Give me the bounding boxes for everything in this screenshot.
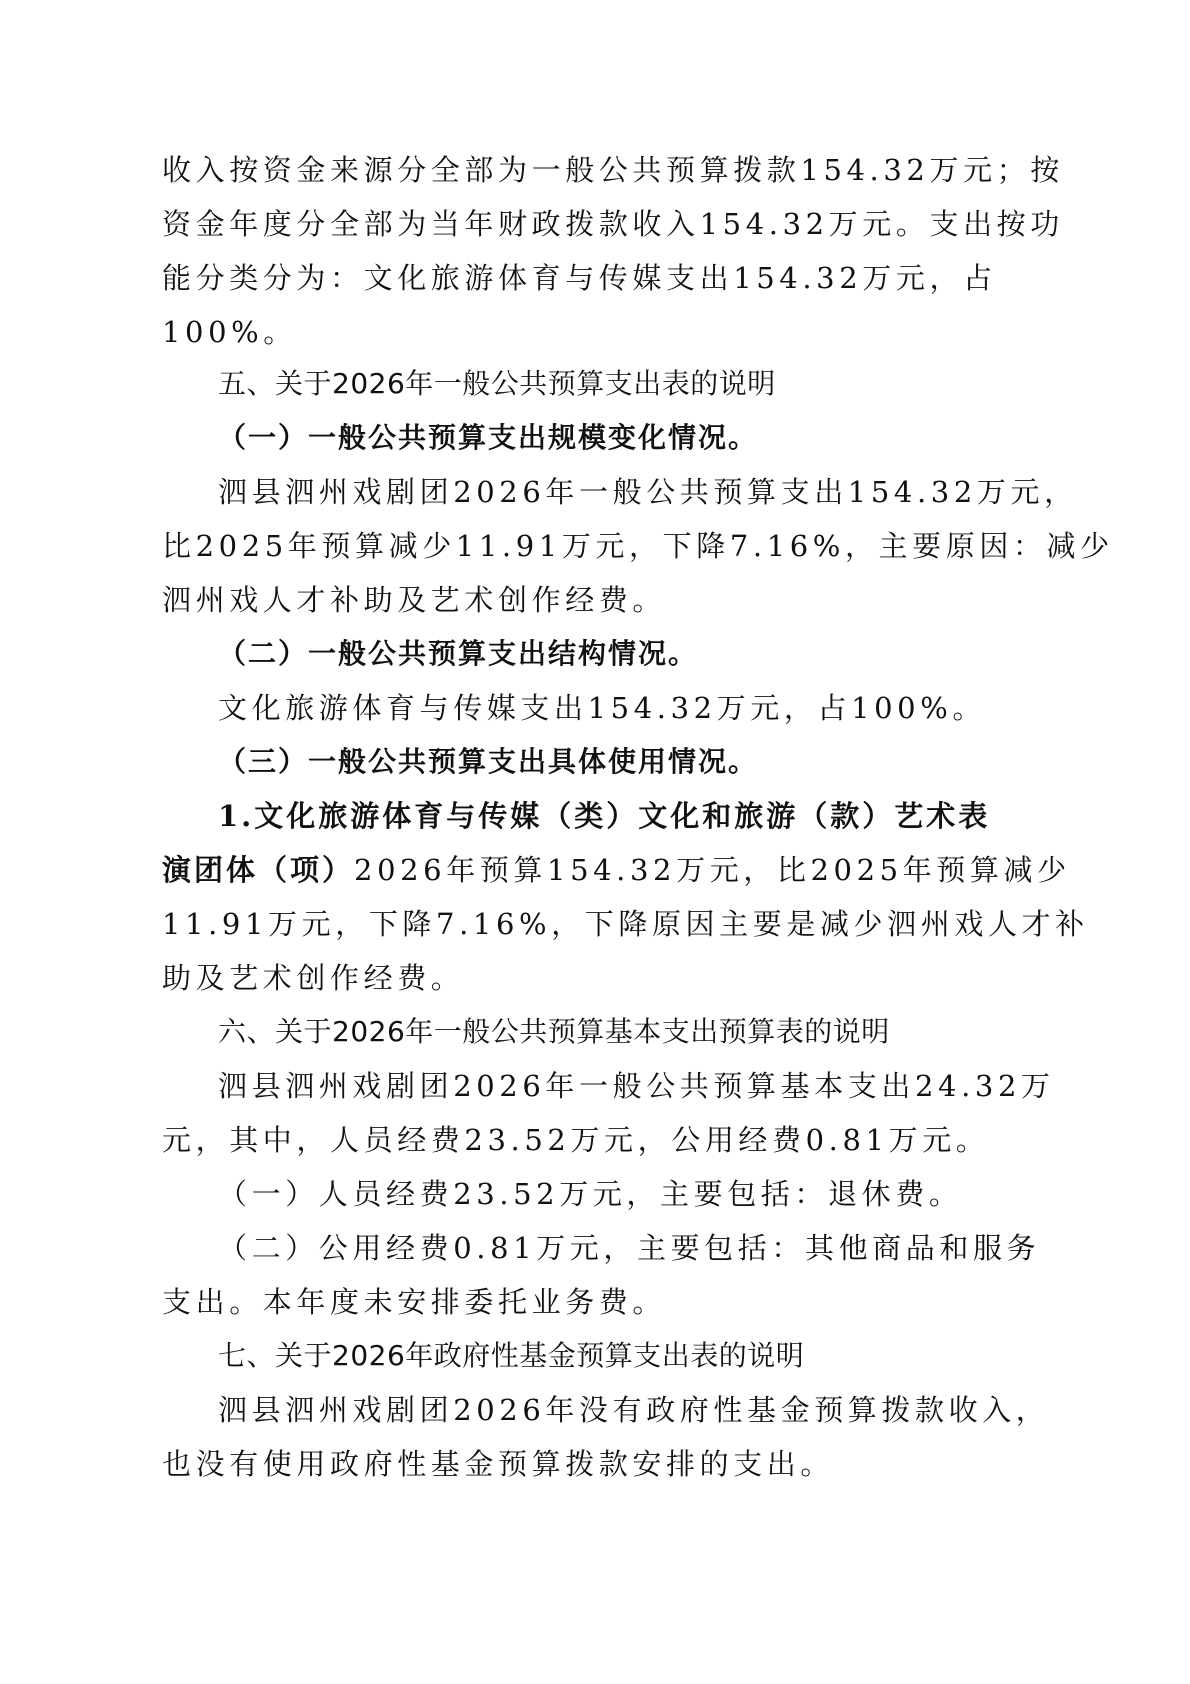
paragraph-text: 2026年预算154.32万元，比2025年预算减少 <box>354 853 1071 887</box>
bold-item-title: 1.文化旅游体育与传媒（类）文化和旅游（款）艺术表 <box>218 799 990 833</box>
paragraph-line: 也没有使用政府性基金预算拨款安排的支出。 <box>162 1444 834 1484</box>
paragraph-line: （一）人员经费23.52万元，主要包括：退休费。 <box>218 1174 962 1214</box>
section-heading-7: 七、关于2026年政府性基金预算支出表的说明 <box>218 1336 804 1376</box>
paragraph-line: （二）公用经费0.81万元，主要包括：其他商品和服务 <box>218 1228 1040 1268</box>
paragraph-line: 演团体（项）2026年预算154.32万元，比2025年预算减少 <box>162 850 1071 890</box>
subsection-heading: （三）一般公共预算支出具体使用情况。 <box>218 742 758 782</box>
paragraph-line: 支出。本年度未安排委托业务费。 <box>162 1282 666 1322</box>
paragraph-line: 资金年度分全部为当年财政拨款收入154.32万元。支出按功 <box>162 204 1064 244</box>
paragraph-line: 比2025年预算减少11.91万元，下降7.16%，主要原因：减少 <box>162 526 1114 566</box>
paragraph-line: 100%。 <box>162 312 297 352</box>
subsection-heading: （二）一般公共预算支出结构情况。 <box>218 634 698 674</box>
subsection-heading: （一）一般公共预算支出规模变化情况。 <box>218 418 758 458</box>
paragraph-line: 泗县泗州戏剧团2026年一般公共预算支出154.32万元， <box>218 472 1078 512</box>
paragraph-line: 助及艺术创作经费。 <box>162 958 464 998</box>
paragraph-line: 1.文化旅游体育与传媒（类）文化和旅游（款）艺术表 <box>218 796 990 836</box>
bold-item-title: 演团体（项） <box>162 853 354 887</box>
section-heading-6: 六、关于2026年一般公共预算基本支出预算表的说明 <box>218 1012 890 1052</box>
paragraph-line: 能分类分为：文化旅游体育与传媒支出154.32万元，占 <box>162 258 997 298</box>
paragraph-line: 泗州戏人才补助及艺术创作经费。 <box>162 580 666 620</box>
paragraph-line: 泗县泗州戏剧团2026年一般公共预算基本支出24.32万 <box>218 1066 1055 1106</box>
paragraph-line: 文化旅游体育与传媒支出154.32万元，占100%。 <box>218 688 986 728</box>
paragraph-line: 11.91万元，下降7.16%，下降原因主要是减少泗州戏人才补 <box>162 904 1089 944</box>
paragraph-line: 泗县泗州戏剧团2026年没有政府性基金预算拨款收入， <box>218 1390 1049 1430</box>
section-heading-5: 五、关于2026年一般公共预算支出表的说明 <box>218 364 776 404</box>
paragraph-line: 元，其中，人员经费23.52万元，公用经费0.81万元。 <box>162 1120 989 1160</box>
paragraph-line: 收入按资金来源分全部为一般公共预算拨款154.32万元；按 <box>162 150 1064 190</box>
